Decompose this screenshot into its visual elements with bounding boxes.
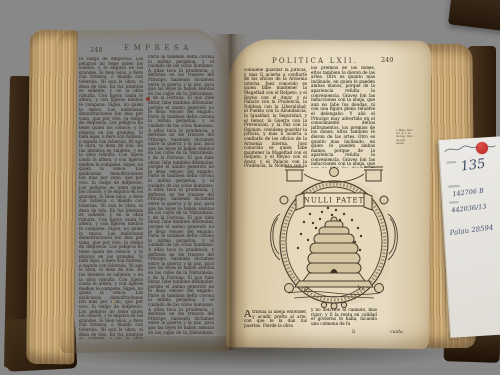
photo-of-open-book: 248 EMPRESA ſu rieſgo de deſprecio. Los … [0, 0, 500, 375]
foxing-spot [112, 300, 115, 303]
right-column-2: los premios de los dones, eſtos tambien … [311, 66, 375, 168]
emblem-motto: NULLI PATET [304, 197, 365, 205]
dealer-slip-note: 135 142706 B 442036/13 Palau 28594 [438, 136, 500, 338]
right-page-number: 249 [381, 56, 393, 64]
note-inventory-code: 142706 B [452, 187, 484, 199]
printed-label-3 [449, 201, 459, 204]
left-column-1: ſu rieſgo de deſprecio. Los peligros no … [79, 57, 143, 339]
catchword: cuida, [390, 330, 404, 335]
handwritten-scribble [442, 140, 499, 155]
note-number: 135 [460, 157, 487, 175]
printed-label-1 [446, 161, 456, 164]
footer-column-1: Atribuìa la abeja entender, y acudir pre… [244, 310, 307, 332]
emblem-svg: NULLI PATET [264, 162, 404, 310]
right-column-1: conuiene guardar la juſticia, y mas ſi a… [244, 68, 307, 168]
left-running-title: EMPRESA [124, 44, 193, 52]
ink-blemish [146, 97, 150, 101]
book-gutter-shadow [212, 34, 248, 350]
footer-column-2: y no deſcribe el cuidado, mas rigor; y ſ… [311, 308, 377, 330]
background-wood-object [448, 0, 500, 32]
note-reference-code: 442036/13 [451, 202, 487, 214]
right-running-title: POLITICA LXII. [272, 57, 358, 65]
left-page-number: 248 [90, 46, 102, 54]
beehive-emblem-engraving: NULLI PATET [264, 162, 404, 310]
left-column-2: Parte ſe tambien deſta corona la miſma p… [148, 55, 214, 335]
note-bibliography: Palau 28594 [449, 223, 494, 237]
printed-label-2 [448, 185, 460, 188]
footer-text-1: tribuìa la abeja entender, y acudir preſ… [244, 310, 307, 328]
red-sticker-dot [476, 142, 488, 154]
marginal-citation: 1 Mag. mor. lib. 4. c. 9. de rep. trac. … [396, 129, 414, 155]
signature-mark: Ii [352, 330, 355, 335]
